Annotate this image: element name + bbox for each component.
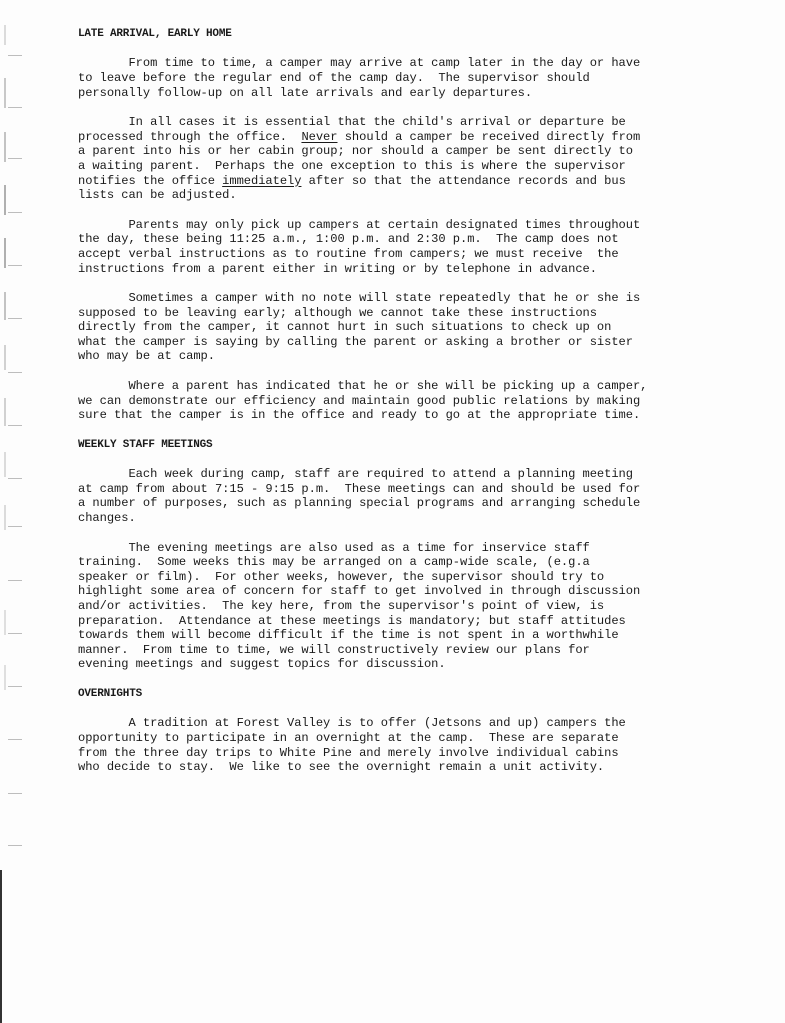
text-line: a parent into his or her cabin group; no… — [78, 144, 703, 159]
text-line: Where a parent has indicated that he or … — [78, 379, 703, 394]
binding-mark — [4, 345, 6, 370]
paragraph-gap — [78, 526, 703, 541]
binding-mark — [4, 398, 6, 426]
binding-mark — [4, 505, 6, 530]
binding-tick — [8, 739, 22, 740]
text-line: what the camper is saying by calling the… — [78, 335, 703, 350]
binding-tick — [8, 845, 22, 846]
binding-mark — [4, 610, 6, 635]
text-line: the day, these being 11:25 a.m., 1:00 p.… — [78, 232, 703, 247]
binding-tick — [8, 686, 22, 687]
section-gap — [78, 672, 703, 687]
text-line: directly from the camper, it cannot hurt… — [78, 320, 703, 335]
binding-marks — [0, 0, 30, 1023]
binding-mark — [4, 292, 6, 320]
text-line: personally follow-up on all late arrival… — [78, 86, 703, 101]
binding-tick — [8, 372, 22, 373]
section-heading: OVERNIGHTS — [78, 687, 703, 702]
paragraph-gap — [78, 702, 703, 717]
text-line: In all cases it is essential that the ch… — [78, 115, 703, 130]
text-line: processed through the office. Never shou… — [78, 130, 703, 145]
text-line: A tradition at Forest Valley is to offer… — [78, 716, 703, 731]
text-line: a waiting parent. Perhaps the one except… — [78, 159, 703, 174]
paragraph-gap — [78, 100, 703, 115]
text-line: evening meetings and suggest topics for … — [78, 657, 703, 672]
binding-mark — [4, 78, 6, 108]
paragraph: In all cases it is essential that the ch… — [78, 115, 703, 203]
paragraph: Sometimes a camper with no note will sta… — [78, 291, 703, 364]
text-line: manner. From time to time, we will const… — [78, 643, 703, 658]
text-line: who may be at camp. — [78, 349, 703, 364]
section-gap — [78, 423, 703, 438]
section-heading: WEEKLY STAFF MEETINGS — [78, 438, 703, 453]
paragraph: The evening meetings are also used as a … — [78, 541, 703, 672]
text-line: Sometimes a camper with no note will sta… — [78, 291, 703, 306]
paragraph-gap — [78, 364, 703, 379]
text-line: speaker or film). For other weeks, howev… — [78, 570, 703, 585]
binding-mark — [4, 185, 6, 215]
text-line: accept verbal instructions as to routine… — [78, 247, 703, 262]
binding-tick — [8, 793, 22, 794]
binding-tick — [8, 318, 22, 319]
page-edge-shadow — [0, 870, 2, 1023]
paragraph: From time to time, a camper may arrive a… — [78, 56, 703, 100]
binding-mark — [4, 452, 6, 477]
text-line: changes. — [78, 511, 703, 526]
paragraph-gap — [78, 276, 703, 291]
paragraph: Parents may only pick up campers at cert… — [78, 218, 703, 276]
binding-tick — [8, 265, 22, 266]
text-line: who decide to stay. We like to see the o… — [78, 760, 703, 775]
text-line: to leave before the regular end of the c… — [78, 71, 703, 86]
text-line: highlight some area of concern for staff… — [78, 584, 703, 599]
text-line: from the three day trips to White Pine a… — [78, 746, 703, 761]
text-line: instructions from a parent either in wri… — [78, 262, 703, 277]
text-line: at camp from about 7:15 - 9:15 p.m. Thes… — [78, 482, 703, 497]
binding-mark — [4, 665, 6, 690]
text-line: and/or activities. The key here, from th… — [78, 599, 703, 614]
text-line: supposed to be leaving early; although w… — [78, 306, 703, 321]
underlined-emphasis: Never — [301, 130, 337, 144]
binding-tick — [8, 425, 22, 426]
section-heading: LATE ARRIVAL, EARLY HOME — [78, 27, 703, 42]
text-line: preparation. Attendance at these meeting… — [78, 614, 703, 629]
paragraph: Where a parent has indicated that he or … — [78, 379, 703, 423]
text-line: Each week during camp, staff are require… — [78, 467, 703, 482]
binding-tick — [8, 212, 22, 213]
binding-tick — [8, 580, 22, 581]
paragraph: A tradition at Forest Valley is to offer… — [78, 716, 703, 774]
text-line: towards them will become difficult if th… — [78, 628, 703, 643]
text-line: opportunity to participate in an overnig… — [78, 731, 703, 746]
binding-tick — [8, 158, 22, 159]
text-line: we can demonstrate our efficiency and ma… — [78, 394, 703, 409]
paragraph-gap — [78, 452, 703, 467]
binding-tick — [8, 55, 22, 56]
text-line: a number of purposes, such as planning s… — [78, 496, 703, 511]
paragraph: Each week during camp, staff are require… — [78, 467, 703, 525]
binding-tick — [8, 107, 22, 108]
text-line: notifies the office immediately after so… — [78, 174, 703, 189]
text-line: Parents may only pick up campers at cert… — [78, 218, 703, 233]
text-line: sure that the camper is in the office an… — [78, 408, 703, 423]
paragraph-gap — [78, 42, 703, 57]
text-line: From time to time, a camper may arrive a… — [78, 56, 703, 71]
binding-tick — [8, 526, 22, 527]
text-line: lists can be adjusted. — [78, 188, 703, 203]
paragraph-gap — [78, 203, 703, 218]
binding-mark — [4, 238, 6, 268]
binding-mark — [4, 25, 6, 45]
document-page: LATE ARRIVAL, EARLY HOME From time to ti… — [78, 27, 703, 775]
text-line: training. Some weeks this may be arrange… — [78, 555, 703, 570]
binding-tick — [8, 478, 22, 479]
binding-tick — [8, 633, 22, 634]
underlined-emphasis: immediately — [222, 174, 301, 188]
binding-mark — [4, 132, 6, 162]
text-line: The evening meetings are also used as a … — [78, 541, 703, 556]
